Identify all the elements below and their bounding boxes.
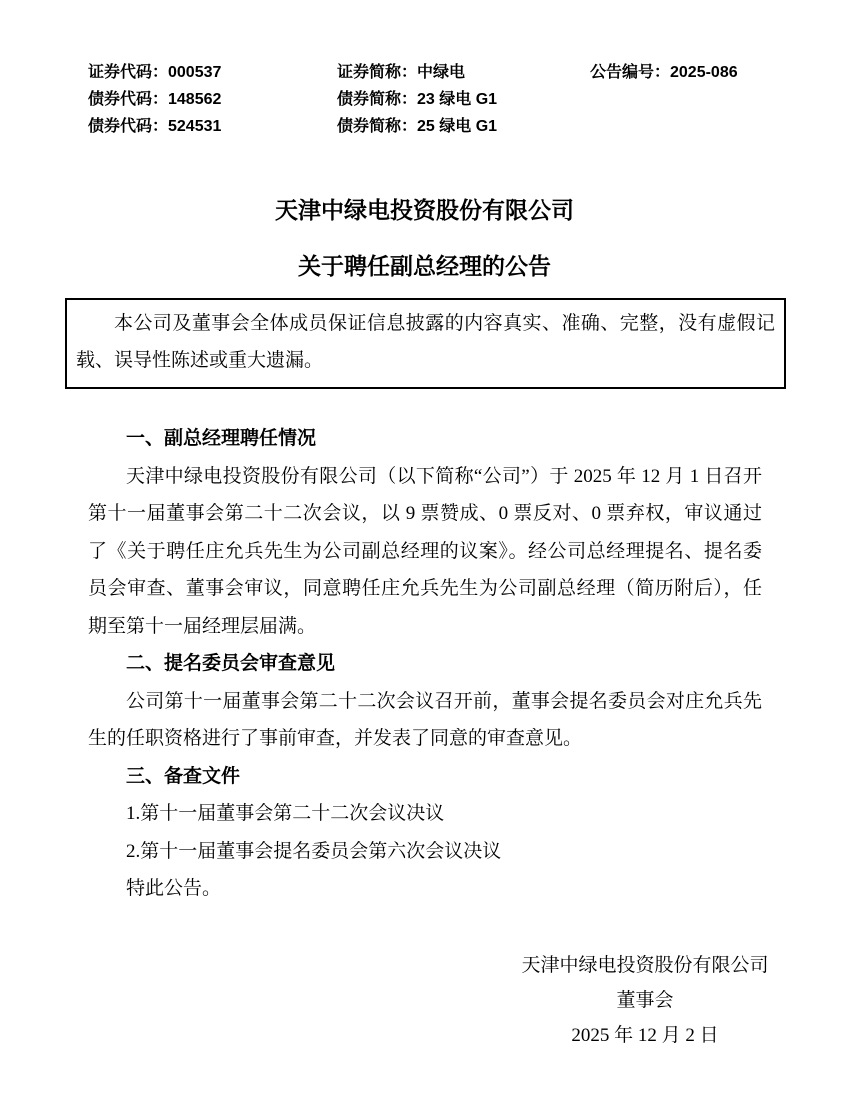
closing-statement: 特此公告。 [88,870,762,908]
reference-item-2: 2.第十一届董事会提名委员会第六次会议决议 [88,833,762,871]
bond-abbr-1: 债券简称：23 绿电 G1 [337,86,590,113]
header-row-spacer [590,86,762,113]
disclaimer-box: 本公司及董事会全体成员保证信息披露的内容真实、准确、完整，没有虚假记载、误导性陈… [65,298,786,389]
document-header: 证券代码：000537 证券简称：中绿电 公告编号：2025-086 债券代码：… [88,59,762,140]
section2-paragraph: 公司第十一届董事会第二十二次会议召开前，董事会提名委员会对庄允兵先生的任职资格进… [88,683,762,758]
announcement-page: 证券代码：000537 证券简称：中绿电 公告编号：2025-086 债券代码：… [0,0,849,1100]
signature-company: 天津中绿电投资股份有限公司 [440,948,849,983]
section1-paragraph: 天津中绿电投资股份有限公司（以下简称“公司”）于 2025 年 12 月 1 日… [88,458,762,646]
header-row: 债券代码：148562 债券简称：23 绿电 G1 [88,86,762,113]
bond-code-2: 债券代码：524531 [88,113,337,140]
bond-abbr-2: 债券简称：25 绿电 G1 [337,113,590,140]
announcement-number: 公告编号：2025-086 [590,59,762,86]
header-row-spacer [590,113,762,140]
section2-heading: 二、提名委员会审查意见 [88,645,762,683]
title-block: 天津中绿电投资股份有限公司 关于聘任副总经理的公告 [0,196,849,280]
signature-block: 天津中绿电投资股份有限公司 董事会 2025 年 12 月 2 日 [440,948,849,1053]
signature-signer: 董事会 [440,983,849,1018]
announcement-subject: 关于聘任副总经理的公告 [0,252,849,280]
document-body: 一、副总经理聘任情况 天津中绿电投资股份有限公司（以下简称“公司”）于 2025… [88,420,762,908]
disclaimer-text: 本公司及董事会全体成员保证信息披露的内容真实、准确、完整，没有虚假记载、误导性陈… [76,313,775,371]
reference-item-1: 1.第十一届董事会第二十二次会议决议 [88,795,762,833]
section1-heading: 一、副总经理聘任情况 [88,420,762,458]
section3-heading: 三、备查文件 [88,758,762,796]
signature-date: 2025 年 12 月 2 日 [440,1018,849,1053]
company-title: 天津中绿电投资股份有限公司 [0,196,849,224]
bond-code-1: 债券代码：148562 [88,86,337,113]
header-row: 债券代码：524531 债券简称：25 绿电 G1 [88,113,762,140]
header-row: 证券代码：000537 证券简称：中绿电 公告编号：2025-086 [88,59,762,86]
security-code: 证券代码：000537 [88,59,337,86]
security-abbr: 证券简称：中绿电 [337,59,590,86]
